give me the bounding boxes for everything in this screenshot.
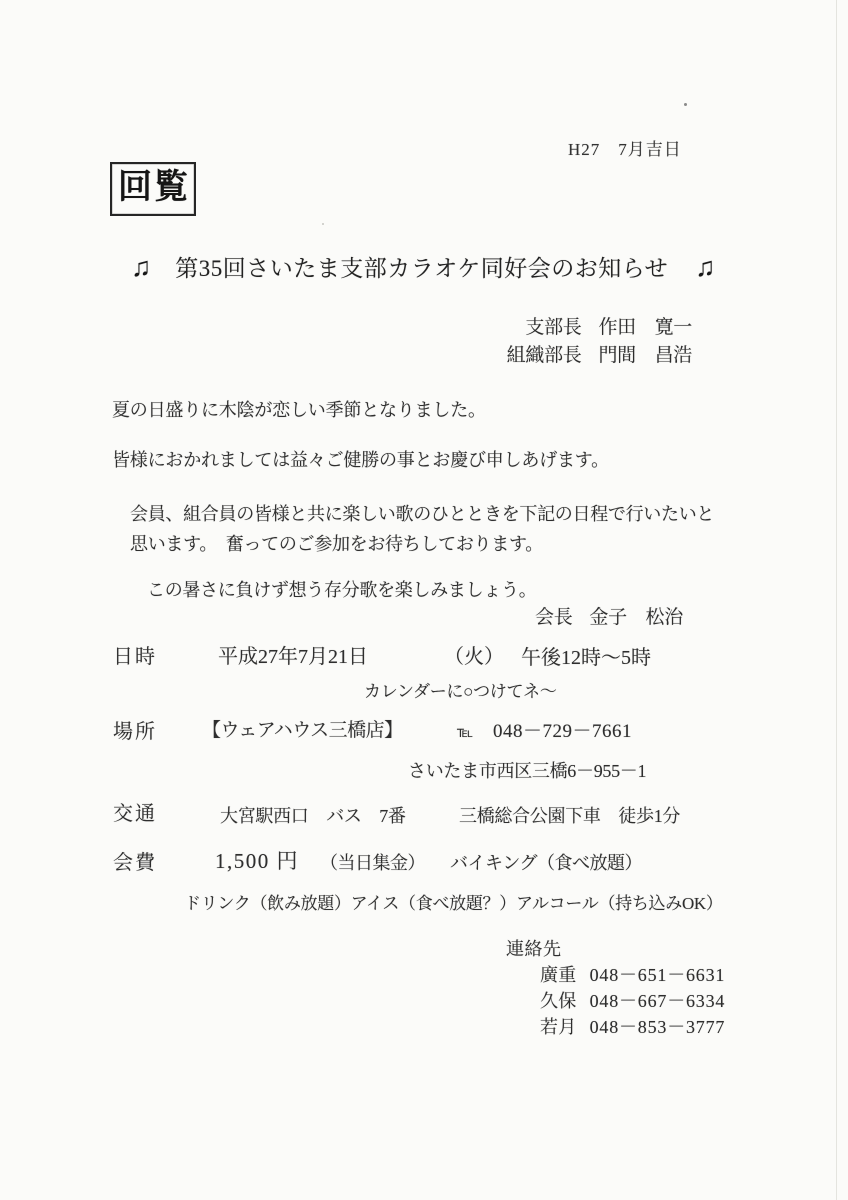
signatory-role: 支部長: [525, 317, 581, 338]
contact-name: 廣重: [540, 965, 577, 985]
circulation-stamp: 回覧: [110, 162, 196, 216]
signatory-role: 組織部長: [507, 345, 582, 366]
notice-title-row: ♫ 第35回さいたま支部カラオケ同好会のお知らせ ♫: [131, 250, 715, 286]
contact-row: 久保048－667－6334: [540, 989, 725, 1013]
contact-row: 廣重048－651－6631: [540, 963, 725, 987]
scanner-edge-artifact: [836, 0, 837, 1200]
chairman-role: 会長: [535, 607, 572, 628]
contact-phone: 048－667－6334: [590, 991, 726, 1011]
calendar-reminder-note: カレンダーに○つけてネ～: [364, 681, 557, 704]
scanned-notice-page: H27 7月吉日 回覧 ♫ 第35回さいたま支部カラオケ同好会のお知らせ ♫ 支…: [0, 0, 848, 1200]
greeting-line: 皆様におかれましては益々ご健勝の事とお慶び申しあげます。: [112, 448, 609, 472]
contact-phone: 048－853－3777: [590, 1017, 726, 1037]
venue-name: 【ウェアハウス三橋店】: [202, 718, 403, 744]
fee-extras-note: ドリンク（飲み放題）アイス（食べ放題？）アルコール（持ち込みOK）: [184, 893, 723, 916]
access-label: 交通: [113, 801, 157, 828]
signatory-name: 作田 寛一: [598, 317, 692, 338]
place-label: 場所: [113, 719, 157, 746]
contact-phone: 048－651－6631: [590, 965, 726, 985]
tel-icon: ℡: [457, 723, 473, 743]
scan-speck: [684, 103, 687, 106]
access-route: 大宮駅西口 バス 7番: [220, 804, 406, 828]
schedule-date: 平成27年7月21日: [218, 644, 368, 671]
venue-address: さいたま市西区三橋6－955－1: [408, 759, 646, 783]
schedule-label: 日時: [113, 644, 157, 671]
body-line: 会員、組合員の皆様と共に楽しい歌のひとときを下記の日程で行いたいと: [130, 502, 714, 526]
music-note-icon: ♫: [695, 249, 715, 285]
access-stop: 三橋総合公園下車 徒歩1分: [459, 804, 680, 828]
contact-row: 若月048－853－3777: [540, 1015, 725, 1039]
signatory-line: 組織部長門間 昌浩: [507, 342, 692, 370]
fee-buffet-note: バイキング（食べ放題）: [450, 851, 642, 875]
signatory-name: 門間 昌浩: [598, 345, 692, 366]
chairman-name: 金子 松治: [589, 607, 683, 628]
schedule-time: 午後12時～5時: [521, 645, 651, 672]
body-line: 思います。 奮ってのご参加をお待ちしております。: [130, 532, 543, 556]
body-line: この暑さに負けず想う存分歌を楽しみましょう。: [147, 578, 536, 602]
contact-name: 久保: [540, 991, 577, 1011]
scan-speck: [322, 223, 324, 225]
document-date: H27 7月吉日: [568, 139, 682, 162]
music-note-icon: ♫: [131, 249, 151, 285]
chairman-signature: 会長金子 松治: [535, 605, 683, 631]
signatories-block: 支部長作田 寛一 組織部長門間 昌浩: [507, 314, 692, 370]
fee-label: 会費: [113, 850, 157, 877]
contact-name: 若月: [540, 1017, 577, 1037]
greeting-line: 夏の日盛りに木陰が恋しい季節となりました。: [112, 398, 486, 422]
schedule-weekday: （火）: [444, 644, 504, 671]
signatory-line: 支部長作田 寛一: [507, 314, 692, 342]
venue-phone: 048－729－7661: [493, 719, 632, 745]
fee-collection-note: （当日集金）: [320, 851, 425, 875]
notice-title: 第35回さいたま支部カラオケ同好会のお知らせ: [175, 253, 668, 284]
fee-amount: 1,500 円: [215, 847, 299, 875]
contacts-label: 連絡先: [506, 937, 562, 961]
